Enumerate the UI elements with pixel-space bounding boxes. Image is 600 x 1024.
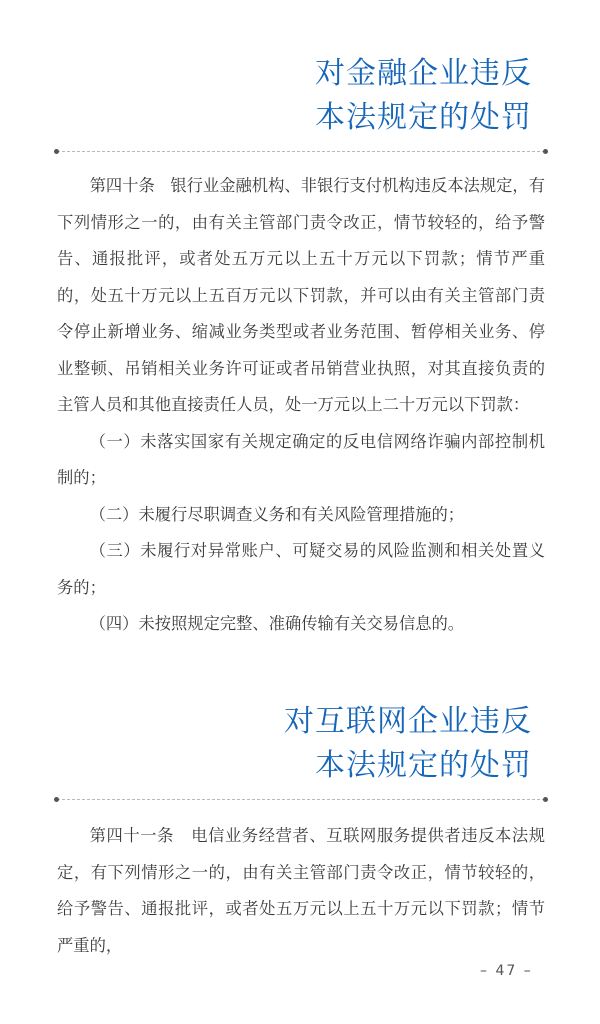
article-item: （四）未按照规定完整、准确传输有关交易信息的。: [57, 606, 545, 643]
article-item: （二）未履行尽职调查义务和有关风险管理措施的；: [57, 497, 545, 534]
section-divider: [57, 151, 545, 152]
article-paragraph: 第四十一条 电信业务经营者、互联网服务提供者违反本法规定，有下列情形之一的，由有…: [57, 818, 545, 964]
divider-dot-icon: [543, 149, 548, 154]
section-title-internet: 对互联网企业违反 本法规定的处罚: [284, 700, 532, 788]
page-number: – 47 –: [480, 963, 533, 979]
section-divider: [57, 799, 545, 800]
divider-dot-icon: [543, 797, 548, 802]
article-body: 第四十一条 电信业务经营者、互联网服务提供者违反本法规定，有下列情形之一的，由有…: [57, 818, 545, 964]
article-text: 电信业务经营者、互联网服务提供者违反本法规定，有下列情形之一的，由有关主管部门责…: [57, 826, 545, 955]
divider-dot-icon: [54, 797, 59, 802]
article-label: 第四十条: [90, 176, 155, 195]
article-paragraph: 第四十条 银行业金融机构、非银行支付机构违反本法规定，有下列情形之一的，由有关主…: [57, 168, 545, 424]
article-item: （一）未落实国家有关规定确定的反电信网络诈骗内部控制机制的；: [57, 424, 545, 497]
section-title-financial: 对金融企业违反 本法规定的处罚: [315, 52, 532, 140]
section-title-line1: 对互联网企业违反: [284, 700, 532, 744]
article-item: （三）未履行对异常账户、可疑交易的风险监测和相关处置义务的；: [57, 533, 545, 606]
article-body: 第四十条 银行业金融机构、非银行支付机构违反本法规定，有下列情形之一的，由有关主…: [57, 168, 545, 643]
divider-dot-icon: [54, 149, 59, 154]
section-title-line2: 本法规定的处罚: [315, 96, 532, 140]
article-text: 银行业金融机构、非银行支付机构违反本法规定，有下列情形之一的，由有关主管部门责令…: [57, 176, 545, 414]
section-title-line1: 对金融企业违反: [315, 52, 532, 96]
section-title-line2: 本法规定的处罚: [284, 744, 532, 788]
article-label: 第四十一条: [90, 826, 174, 845]
